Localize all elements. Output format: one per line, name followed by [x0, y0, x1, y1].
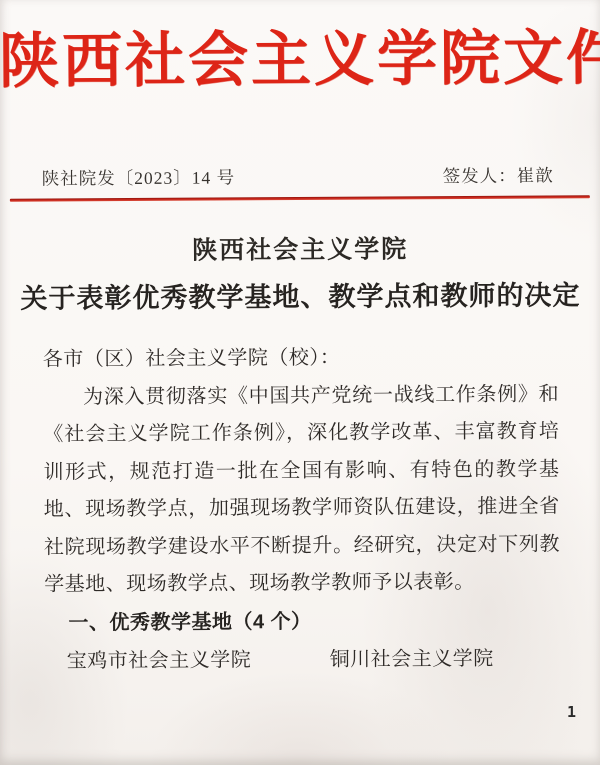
- awarded-bases-row: 宝鸡市社会主义学院 铜川社会主义学院: [45, 640, 561, 681]
- page-number: 1: [567, 703, 576, 721]
- awarded-base-2: 铜川社会主义学院: [330, 641, 494, 680]
- salutation-line: 各市（区）社会主义学院（校）：: [43, 338, 559, 379]
- issuer-name: 崔歆: [517, 165, 554, 185]
- red-separator-line: [10, 195, 590, 202]
- document-title-line2: 关于表彰优秀教学基地、教学点和教师的决定: [0, 273, 600, 316]
- doc-number: 陕社院发〔2023〕14 号: [42, 164, 236, 190]
- issuer-label: 签发人：: [443, 166, 517, 186]
- scanned-document-page: 陕西社会主义学院文件 陕社院发〔2023〕14 号 签发人：崔歆 陕西社会主义学…: [0, 0, 600, 765]
- document-body: 各市（区）社会主义学院（校）： 为深入贯彻落实《中国共产党统一战线工作条例》和《…: [43, 338, 561, 681]
- section1-heading: 一、优秀教学基地（4 个）: [44, 602, 560, 643]
- issuer: 签发人：崔歆: [443, 162, 554, 188]
- red-header-title: 陕西社会主义学院文件: [0, 22, 599, 98]
- doc-info-row: 陕社院发〔2023〕14 号 签发人：崔歆: [42, 162, 554, 190]
- body-paragraph: 为深入贯彻落实《中国共产党统一战线工作条例》和《社会主义学院工作条例》，深化教学…: [43, 376, 560, 604]
- document-title-line1: 陕西社会主义学院: [0, 228, 600, 268]
- document-content: 陕西社会主义学院文件 陕社院发〔2023〕14 号 签发人：崔歆 陕西社会主义学…: [0, 22, 600, 681]
- awarded-base-1: 宝鸡市社会主义学院: [67, 642, 330, 681]
